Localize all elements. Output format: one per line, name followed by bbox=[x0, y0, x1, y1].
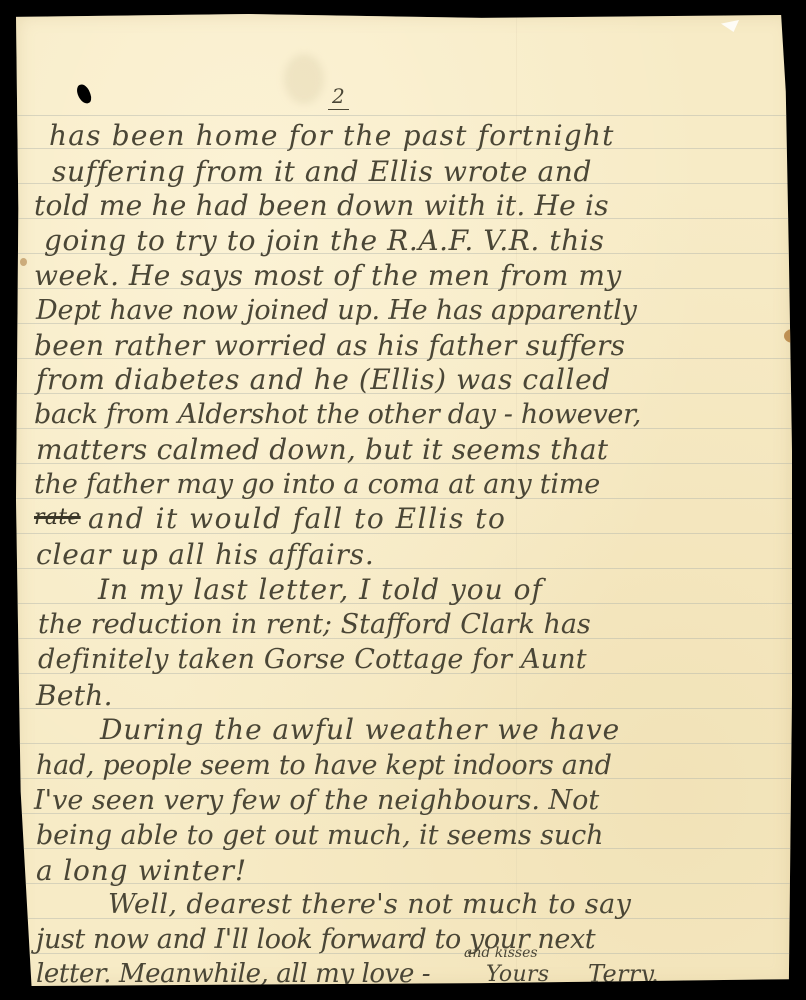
stain-mark bbox=[20, 258, 27, 266]
letter-line: clear up all his affairs. bbox=[36, 541, 375, 569]
ruled-line bbox=[16, 708, 792, 709]
ruled-line bbox=[16, 115, 792, 116]
letter-line: back from Aldershot the other day - howe… bbox=[34, 401, 641, 428]
letter-line: going to try to join the R.A.F. V.R. thi… bbox=[44, 227, 604, 255]
letter-line: In my last letter, I told you of bbox=[98, 576, 543, 604]
letter-line: Dept have now joined up. He has apparent… bbox=[36, 297, 637, 324]
letter-page: 2 has been home for the past fortnight s… bbox=[16, 14, 792, 986]
letter-line: from diabetes and he (Ellis) was called bbox=[36, 366, 611, 394]
letter-line: had, people seem to have kept indoors an… bbox=[36, 752, 612, 779]
letter-line: been rather worried as his father suffer… bbox=[34, 332, 625, 360]
struck-word: rate bbox=[34, 507, 81, 529]
letter-line: told me he had been down with it. He is bbox=[34, 192, 609, 220]
letter-line: Beth. bbox=[36, 682, 113, 710]
paper-hole bbox=[75, 83, 93, 106]
letter-line: suffering from it and Ellis wrote and bbox=[52, 158, 592, 186]
letter-line: matters calmed down, but it seems that bbox=[36, 436, 608, 464]
letter-line: I've seen very few of the neighbours. No… bbox=[34, 787, 599, 814]
page-number: 2 bbox=[328, 84, 349, 110]
stain-mark bbox=[784, 329, 802, 343]
letter-line: the father may go into a coma at any tim… bbox=[34, 471, 600, 498]
letter-line: and it would fall to Ellis to bbox=[88, 505, 506, 533]
stain-mark bbox=[284, 54, 324, 104]
light-glare bbox=[721, 20, 739, 32]
letter-line: During the awful weather we have bbox=[100, 716, 620, 744]
letter-closing: Yours bbox=[486, 964, 549, 986]
letter-line: Well, dearest there's not much to say bbox=[108, 891, 631, 918]
letter-line: the reduction in rent; Stafford Clark ha… bbox=[38, 611, 591, 638]
letter-line: week. He says most of the men from my bbox=[34, 262, 622, 290]
letter-line: being able to get out much, it seems suc… bbox=[36, 822, 603, 849]
letter-line: definitely taken Gorse Cottage for Aunt bbox=[38, 646, 587, 673]
inserted-phrase: and kisses bbox=[464, 945, 538, 961]
letter-line: letter. Meanwhile, all my love - bbox=[36, 961, 430, 987]
letter-line: has been home for the past fortnight bbox=[49, 122, 615, 150]
signature: Terry. bbox=[588, 962, 659, 986]
letter-line: a long winter! bbox=[36, 857, 247, 885]
